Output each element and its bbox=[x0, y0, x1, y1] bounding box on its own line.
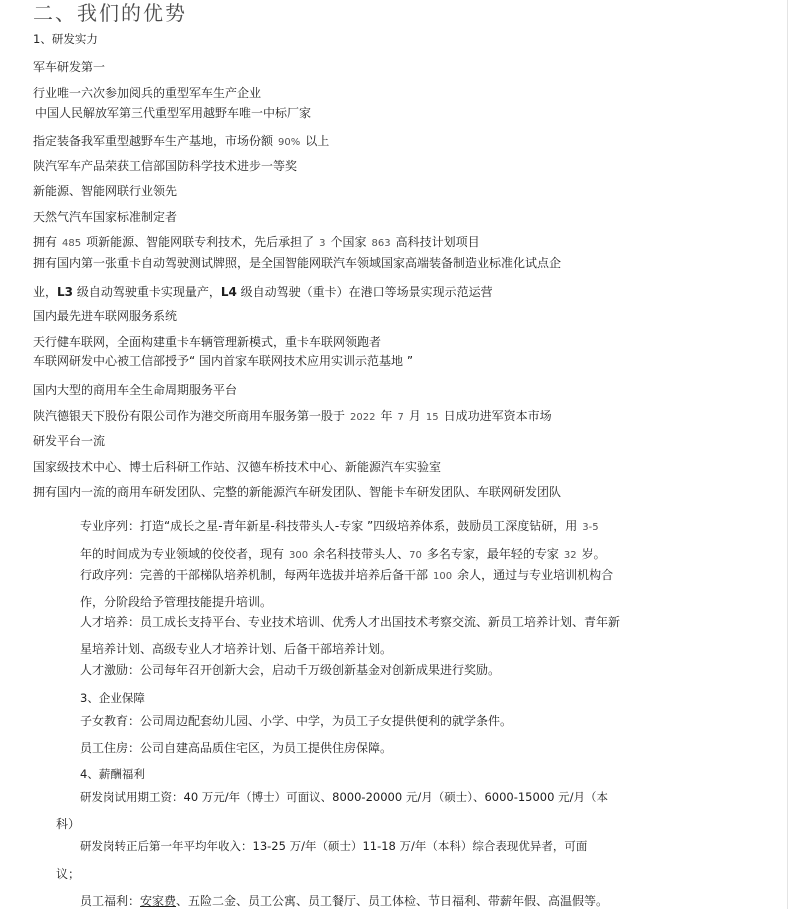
iov-item-2: 车联网研发中心被工信部授予“ 国内首家车联网技术应用实训示范基地 ” bbox=[33, 353, 413, 369]
years-range: 3-5 bbox=[582, 522, 598, 533]
ipo-month: 7 bbox=[397, 412, 403, 423]
expert-count: 70 bbox=[409, 550, 422, 561]
l4-label: L4 bbox=[221, 285, 237, 299]
ipo-day: 15 bbox=[426, 412, 439, 423]
market-share-value: 90% bbox=[278, 137, 300, 148]
ipo-year: 2022 bbox=[350, 412, 375, 423]
military-title: 军车研发第一 bbox=[33, 59, 105, 75]
reserve-cadre-count: 100 bbox=[433, 571, 452, 582]
professional-track-2: 年的时间成为专业领域的佼佼者，现有300余名科技带头人、70多名专家，最年轻的专… bbox=[80, 546, 606, 564]
text: 指定装备我军重型越野车生产基地，市场份额 bbox=[33, 134, 273, 148]
subsection-title-guarantee: 3、企业保障 bbox=[80, 690, 145, 706]
text: 项新能源、智能网联专利技术，先后承担了 bbox=[86, 235, 314, 249]
nev-item-3: 拥有国内第一张重卡自动驾驶测试牌照，是全国智能网联汽车领域国家高端装备制造业标准… bbox=[33, 255, 561, 271]
project-count: 3 bbox=[319, 238, 325, 249]
iov-item-1: 天行健车联网，全面构建重卡车辆管理新模式，重卡车联网领跑者 bbox=[33, 334, 381, 350]
youngest-expert-age: 32 bbox=[564, 550, 577, 561]
iov-title: 国内最先进车联网服务系统 bbox=[33, 308, 177, 324]
first-year-income-1: 研发岗转正后第一年平均年收入：13-25 万/年（硕士）11-18 万/年（本科… bbox=[80, 838, 587, 854]
benefits-label: 员工福利： bbox=[80, 894, 140, 908]
employee-housing: 员工住房：公司自建高品质住宅区，为员工提供住房保障。 bbox=[80, 740, 392, 756]
text: 以上 bbox=[305, 134, 329, 148]
text: 余人，通过与专业培训机构合 bbox=[457, 568, 613, 582]
admin-track-2: 作，分阶段给予管理技能提升培训。 bbox=[80, 594, 272, 610]
nev-item-4: 业，L3 级自动驾驶重卡实现量产，L4 级自动驾驶（重卡）在港口等场景实现示范运… bbox=[33, 284, 493, 300]
text: 月 bbox=[409, 409, 421, 423]
patent-count: 485 bbox=[62, 238, 81, 249]
platform-item-1: 国家级技术中心、博士后科研工作站、汉德车桥技术中心、新能源汽车实验室 bbox=[33, 459, 441, 475]
text: 拥有 bbox=[33, 235, 57, 249]
program-number: 863 bbox=[372, 238, 391, 249]
nev-item-1: 天然气汽车国家标准制定者 bbox=[33, 209, 177, 225]
document-page: 二、我们的优势 1、研发实力 军车研发第一 行业唯一六次参加阅兵的重型军车生产企… bbox=[0, 0, 787, 909]
nev-title: 新能源、智能网联行业领先 bbox=[33, 183, 177, 199]
talent-training-1: 人才培养：员工成长支持平台、专业技术培训、优秀人才出国技术考察交流、新员工培养计… bbox=[80, 614, 620, 630]
military-item-4: 陕汽军车产品荣获工信部国防科学技术进步一等奖 bbox=[33, 158, 297, 174]
professional-track-1: 专业序列：打造“成长之星-青年新星-科技带头人-专家 ”四级培养体系，鼓励员工深… bbox=[80, 518, 604, 536]
text: 级自动驾驶重卡实现量产， bbox=[73, 285, 221, 299]
subsection-title-rd: 1、研发实力 bbox=[33, 31, 98, 47]
admin-track-1: 行政序列：完善的干部梯队培养机制，每两年选拔并培养后备干部100余人，通过与专业… bbox=[80, 567, 613, 585]
lifecycle-title: 国内大型的商用车全生命周期服务平台 bbox=[33, 382, 237, 398]
l3-label: L3 bbox=[57, 285, 73, 299]
text: 陕汽德银天下股份有限公司作为港交所商用车服务第一股于 bbox=[33, 409, 345, 423]
military-item-1: 行业唯一六次参加阅兵的重型军车生产企业 bbox=[33, 85, 261, 101]
probation-salary-1: 研发岗试用期工资：40 万元/年（博士）可面议、8000-20000 元/月（硕… bbox=[80, 789, 608, 805]
talent-training-2: 星培养计划、高级专业人才培养计划、后备干部培养计划。 bbox=[80, 641, 392, 657]
text: 年 bbox=[380, 409, 392, 423]
military-item-2: 中国人民解放军第三代重型军用越野车唯一中标厂家 bbox=[35, 105, 311, 121]
children-education: 子女教育：公司周边配套幼儿园、小学、中学，为员工子女提供便利的就学条件。 bbox=[80, 713, 512, 729]
text: 、五险二金、员工公寓、员工餐厅、员工体检、节日福利、带薪年假、高温假等。 bbox=[176, 894, 608, 908]
employee-benefits: 员工福利：安家费、五险二金、员工公寓、员工餐厅、员工体检、节日福利、带薪年假、高… bbox=[80, 893, 608, 909]
platform-item-2: 拥有国内一流的商用车研发团队、完整的新能源汽车研发团队、智能卡车研发团队、车联网… bbox=[33, 484, 561, 500]
text: 日成功进军资本市场 bbox=[444, 409, 552, 423]
text: 岁。 bbox=[582, 547, 606, 561]
probation-salary-2: 科） bbox=[56, 816, 80, 832]
platform-title: 研发平台一流 bbox=[33, 433, 105, 449]
first-year-income-2: 议； bbox=[56, 866, 80, 882]
page-right-border bbox=[787, 0, 788, 909]
military-item-3: 指定装备我军重型越野车生产基地，市场份额90%以上 bbox=[33, 133, 329, 151]
talent-incentive: 人才激励：公司每年召开创新大会，启动千万级创新基金对创新成果进行奖励。 bbox=[80, 662, 500, 678]
text: 余名科技带头人、 bbox=[313, 547, 409, 561]
text: 高科技计划项目 bbox=[396, 235, 480, 249]
text: 个国家 bbox=[331, 235, 367, 249]
text: 业， bbox=[33, 285, 57, 299]
text: 多名专家，最年轻的专家 bbox=[427, 547, 559, 561]
relocation-allowance-link[interactable]: 安家费 bbox=[140, 894, 176, 908]
text: 级自动驾驶（重卡）在港口等场景实现示范运营 bbox=[237, 285, 493, 299]
lifecycle-item-1: 陕汽德银天下股份有限公司作为港交所商用车服务第一股于2022年7月15日成功进军… bbox=[33, 408, 552, 426]
text: 专业序列：打造“成长之星-青年新星-科技带头人-专家 ”四级培养体系，鼓励员工深… bbox=[80, 519, 577, 533]
nev-item-2: 拥有485项新能源、智能网联专利技术，先后承担了3个国家863高科技计划项目 bbox=[33, 234, 480, 252]
subsection-title-compensation: 4、薪酬福利 bbox=[80, 766, 145, 782]
tech-leader-count: 300 bbox=[289, 550, 308, 561]
text: 行政序列：完善的干部梯队培养机制，每两年选拔并培养后备干部 bbox=[80, 568, 428, 582]
section-heading: 二、我们的优势 bbox=[33, 0, 187, 26]
text: 年的时间成为专业领域的佼佼者，现有 bbox=[80, 547, 284, 561]
